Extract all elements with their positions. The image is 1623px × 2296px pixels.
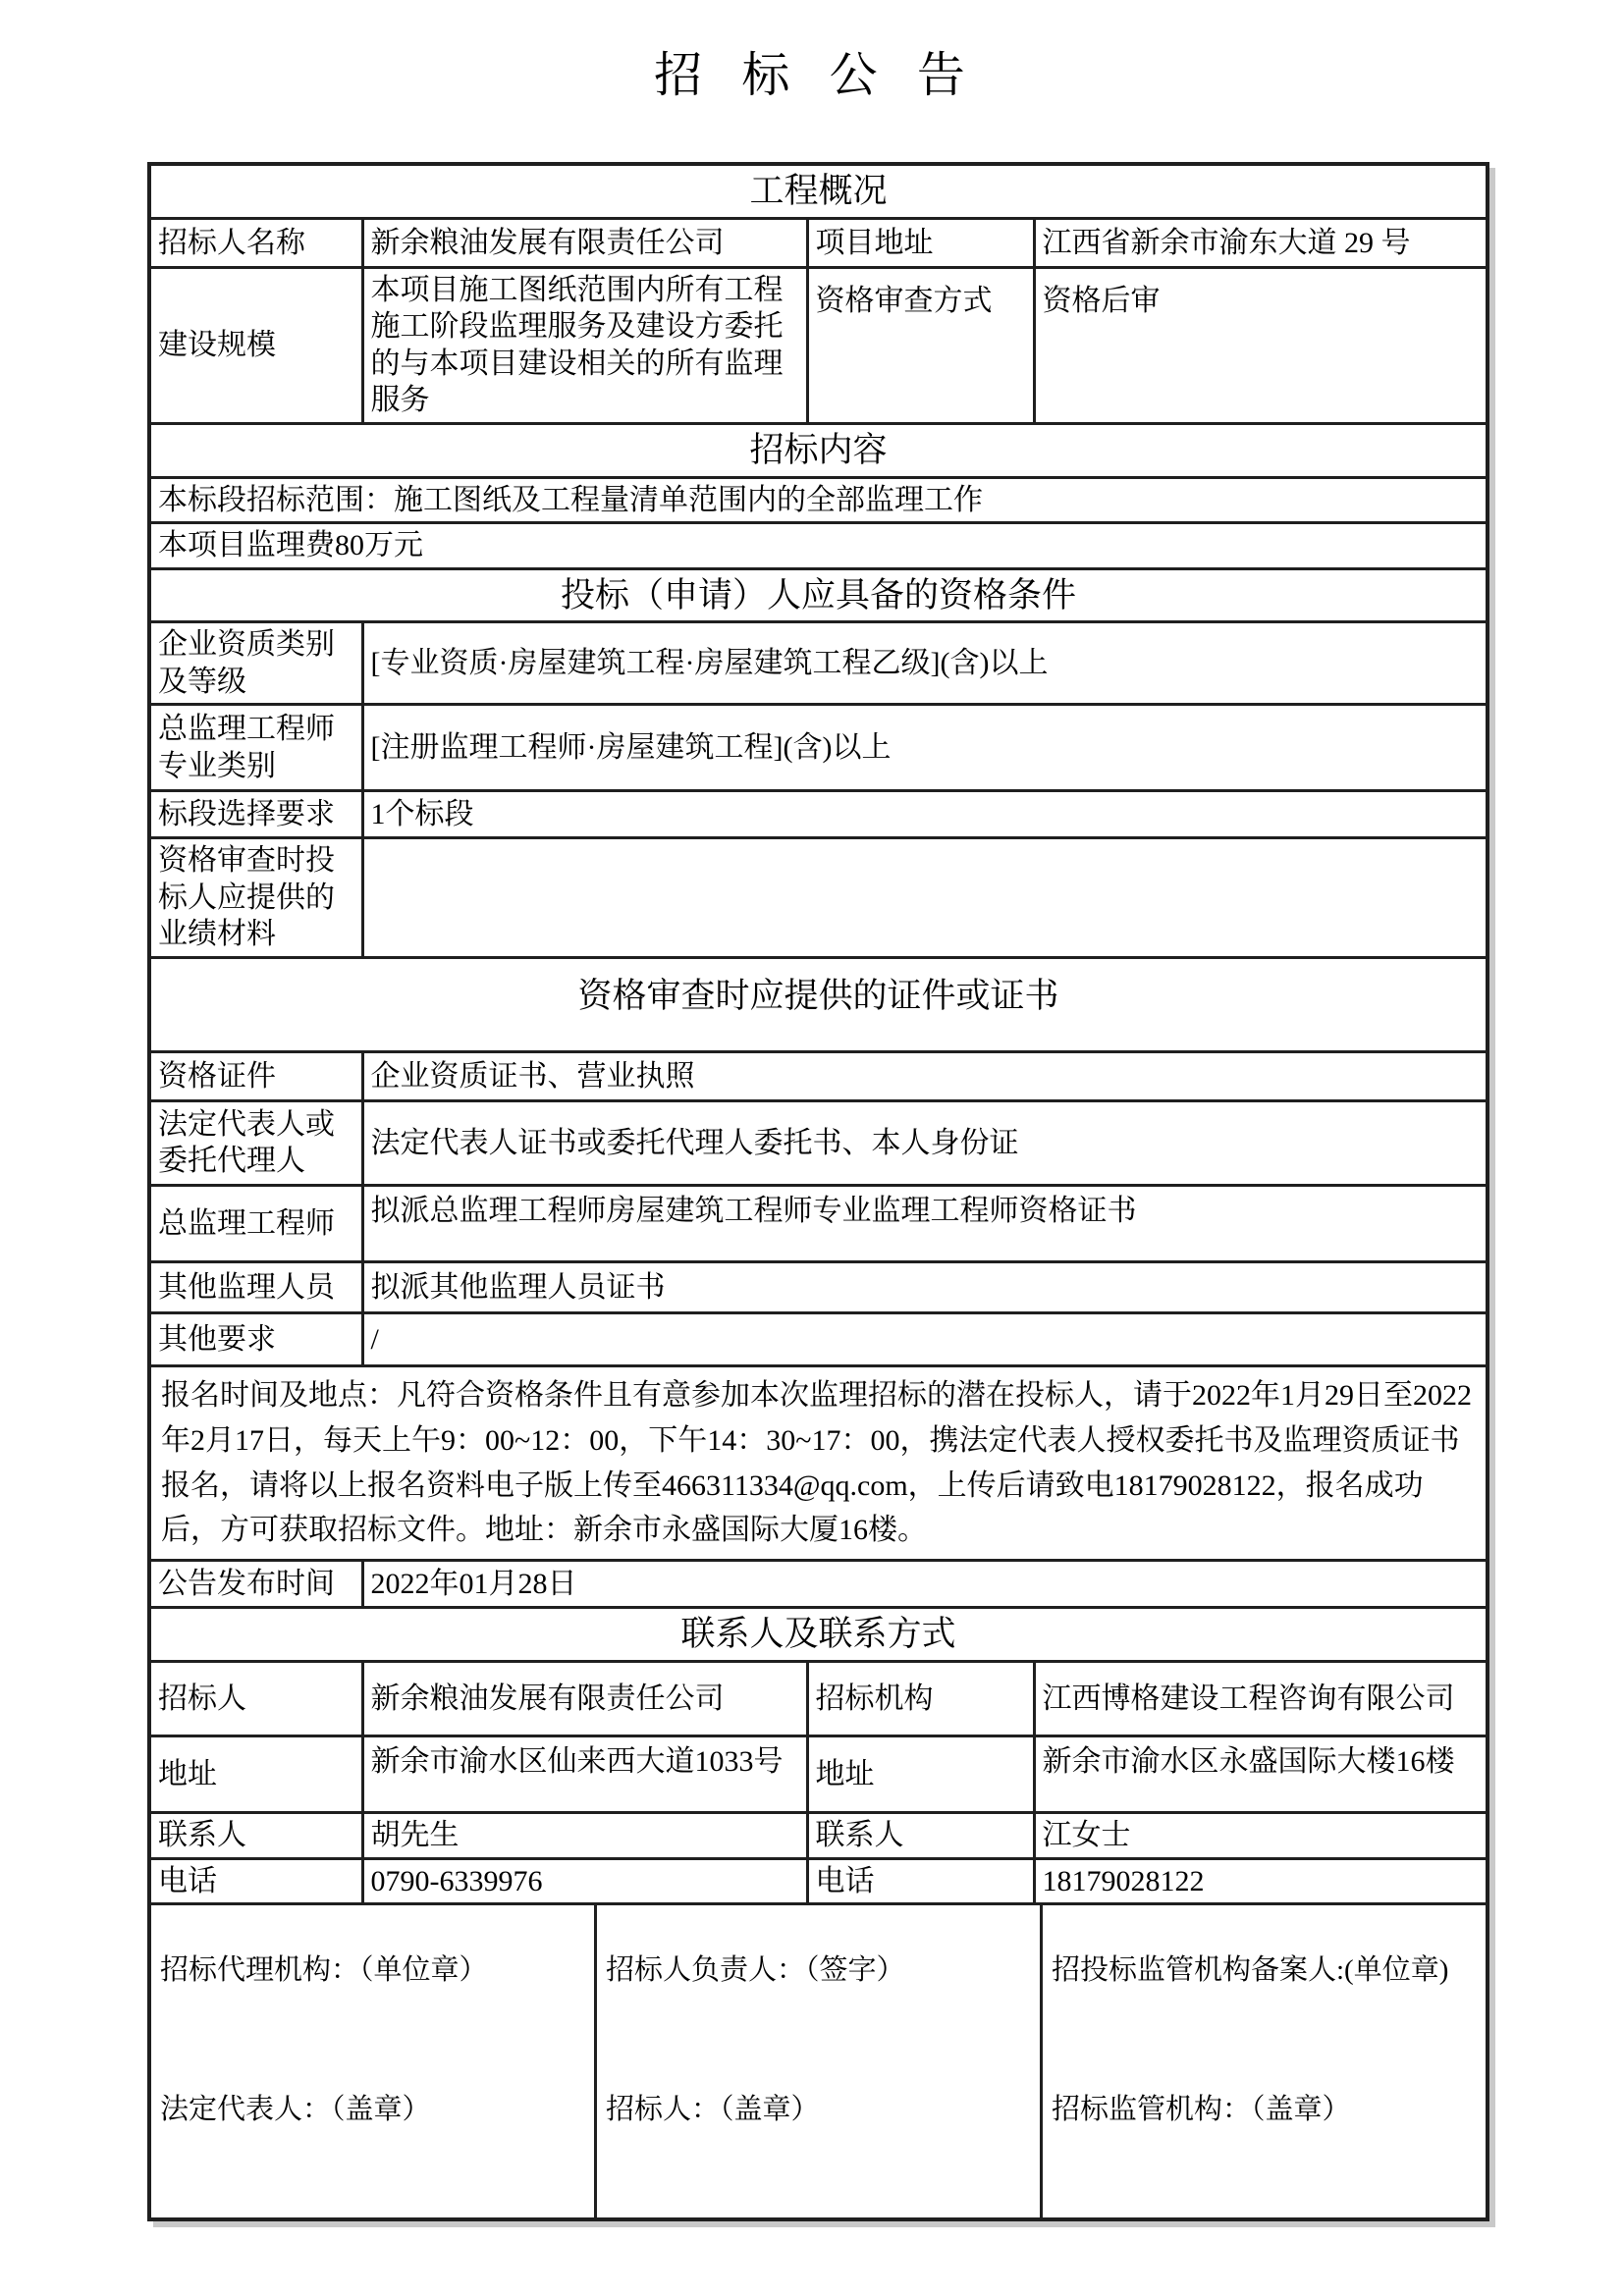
- table-row: 本项目监理费80万元: [149, 523, 1488, 569]
- performance-materials-value: [362, 838, 1488, 958]
- section-header-qualifications: 投标（申请）人应具备的资格条件: [149, 568, 1488, 622]
- publish-time-label: 公告发布时间: [149, 1561, 362, 1608]
- table-row: 招标人名称 新余粮油发展有限责任公司 项目地址 江西省新余市渝东大道 29 号: [149, 218, 1488, 267]
- bidder-head-sign-label: 招标人负责人：（签字）: [606, 1952, 1036, 1988]
- table-row: 联系人 胡先生 联系人 江女士: [149, 1813, 1488, 1859]
- signature-cell-bidder: 招标人负责人：（签字） 招标人：（盖章）: [594, 1905, 1040, 2217]
- qualification-certificate-label: 资格证件: [149, 1051, 362, 1100]
- other-requirements-value: /: [362, 1312, 1488, 1365]
- bidder-seal-label: 招标人：（盖章）: [606, 2092, 1036, 2127]
- project-address-label: 项目地址: [807, 218, 1034, 267]
- construction-scale-label: 建设规模: [149, 267, 362, 423]
- table-row: 法定代表人或委托代理人 法定代表人证书或委托代理人委托书、本人身份证: [149, 1100, 1488, 1185]
- chief-engineer-category-value: [注册监理工程师·房屋建筑工程](含)以上: [362, 705, 1488, 791]
- bidder-name-label: 招标人名称: [149, 218, 362, 267]
- legal-rep-seal-label: 法定代表人：（盖章）: [160, 2092, 590, 2127]
- chief-engineer-category-label: 总监理工程师专业类别: [149, 705, 362, 791]
- registration-notice-text: 报名时间及地点：凡符合资格条件且有意参加本次监理招标的潜在投标人，请于2022年…: [149, 1365, 1488, 1561]
- section-choice-value: 1个标段: [362, 791, 1488, 838]
- supervision-fee-text: 本项目监理费80万元: [149, 523, 1488, 569]
- section-header-certificates: 资格审查时应提供的证件或证书: [149, 957, 1488, 1051]
- chief-engineer-cert-label: 总监理工程师: [149, 1185, 362, 1261]
- table-row: 资格审查时应提供的证件或证书: [149, 957, 1488, 1051]
- table-row: 其他监理人员 拟派其他监理人员证书: [149, 1261, 1488, 1312]
- agency-phone-label: 电话: [807, 1858, 1034, 1904]
- table-row: 招标人 新余粮油发展有限责任公司 招标机构 江西博格建设工程咨询有限公司: [149, 1662, 1488, 1736]
- bidder-contact-person-label: 联系人: [149, 1813, 362, 1859]
- construction-scale-value: 本项目施工图纸范围内所有工程施工阶段监理服务及建设方委托的与本项目建设相关的所有…: [362, 267, 807, 423]
- chief-engineer-cert-value: 拟派总监理工程师房屋建筑工程师专业监理工程师资格证书: [362, 1185, 1488, 1261]
- table-row: 招标内容: [149, 423, 1488, 477]
- page-title: 招 标 公 告: [147, 37, 1486, 106]
- section-header-overview: 工程概况: [149, 164, 1488, 218]
- other-staff-value: 拟派其他监理人员证书: [362, 1261, 1488, 1312]
- bidder-address-value: 新余市渝水区仙来西大道1033号: [362, 1736, 807, 1813]
- project-address-value: 江西省新余市渝东大道 29 号: [1034, 218, 1488, 267]
- table-row: 建设规模 本项目施工图纸范围内所有工程施工阶段监理服务及建设方委托的与本项目建设…: [149, 267, 1488, 423]
- contact-agency-label: 招标机构: [807, 1662, 1034, 1736]
- enterprise-qualification-label: 企业资质类别及等级: [149, 622, 362, 705]
- signature-block: 招标代理机构：（单位章） 法定代表人：（盖章） 招标人负责人：（签字） 招标人：…: [149, 1904, 1488, 2220]
- table-row: 企业资质类别及等级 [专业资质·房屋建筑工程·房屋建筑工程乙级](含)以上: [149, 622, 1488, 705]
- table-row: 标段选择要求 1个标段: [149, 791, 1488, 838]
- contact-agency-value: 江西博格建设工程咨询有限公司: [1034, 1662, 1488, 1736]
- section-header-tender-content: 招标内容: [149, 423, 1488, 477]
- contact-bidder-value: 新余粮油发展有限责任公司: [362, 1662, 807, 1736]
- qualification-review-value: 资格后审: [1034, 267, 1488, 423]
- tender-scope-text: 本标段招标范围：施工图纸及工程量清单范围内的全部监理工作: [149, 477, 1488, 523]
- bidder-phone-value: 0790-6339976: [362, 1858, 807, 1904]
- other-staff-label: 其他监理人员: [149, 1261, 362, 1312]
- publish-time-value: 2022年01月28日: [362, 1561, 1488, 1608]
- table-row: 总监理工程师 拟派总监理工程师房屋建筑工程师专业监理工程师资格证书: [149, 1185, 1488, 1261]
- regulator-seal-label: 招标监管机构：（盖章）: [1052, 2092, 1482, 2127]
- tender-announcement-page: 招 标 公 告 工程概况 招标人名称 新余粮油发展有限责任公司 项目地址 江西省…: [0, 0, 1623, 2296]
- other-requirements-label: 其他要求: [149, 1312, 362, 1365]
- bidder-name-value: 新余粮油发展有限责任公司: [362, 218, 807, 267]
- table-row: 总监理工程师专业类别 [注册监理工程师·房屋建筑工程](含)以上: [149, 705, 1488, 791]
- performance-materials-label: 资格审查时投标人应提供的业绩材料: [149, 838, 362, 958]
- table-row: 资格证件 企业资质证书、营业执照: [149, 1051, 1488, 1100]
- table-row: 报名时间及地点：凡符合资格条件且有意参加本次监理招标的潜在投标人，请于2022年…: [149, 1365, 1488, 1561]
- regulator-record-label: 招投标监管机构备案人:(单位章): [1052, 1952, 1482, 1988]
- table-row: 联系人及联系方式: [149, 1608, 1488, 1662]
- legal-representative-value: 法定代表人证书或委托代理人委托书、本人身份证: [362, 1100, 1488, 1185]
- agency-address-value: 新余市渝水区永盛国际大楼16楼: [1034, 1736, 1488, 1813]
- agency-contact-person-value: 江女士: [1034, 1813, 1488, 1859]
- table-row: 其他要求 /: [149, 1312, 1488, 1365]
- bidder-phone-label: 电话: [149, 1858, 362, 1904]
- tender-table: 工程概况 招标人名称 新余粮油发展有限责任公司 项目地址 江西省新余市渝东大道 …: [147, 162, 1489, 2221]
- table-row: 招标代理机构：（单位章） 法定代表人：（盖章） 招标人负责人：（签字） 招标人：…: [149, 1904, 1488, 2220]
- legal-representative-label: 法定代表人或委托代理人: [149, 1100, 362, 1185]
- table-row: 地址 新余市渝水区仙来西大道1033号 地址 新余市渝水区永盛国际大楼16楼: [149, 1736, 1488, 1813]
- agency-address-label: 地址: [807, 1736, 1034, 1813]
- enterprise-qualification-value: [专业资质·房屋建筑工程·房屋建筑工程乙级](含)以上: [362, 622, 1488, 705]
- section-choice-label: 标段选择要求: [149, 791, 362, 838]
- signature-grid: 招标代理机构：（单位章） 法定代表人：（盖章） 招标人负责人：（签字） 招标人：…: [151, 1905, 1486, 2217]
- table-row: 本标段招标范围：施工图纸及工程量清单范围内的全部监理工作: [149, 477, 1488, 523]
- table-row: 公告发布时间 2022年01月28日: [149, 1561, 1488, 1608]
- signature-cell-agency: 招标代理机构：（单位章） 法定代表人：（盖章）: [151, 1905, 594, 2217]
- agency-seal-label: 招标代理机构：（单位章）: [160, 1952, 590, 1988]
- qualification-review-label: 资格审查方式: [807, 267, 1034, 423]
- agency-phone-value: 18179028122: [1034, 1858, 1488, 1904]
- qualification-certificate-value: 企业资质证书、营业执照: [362, 1051, 1488, 1100]
- table-row: 工程概况: [149, 164, 1488, 218]
- bidder-address-label: 地址: [149, 1736, 362, 1813]
- contact-bidder-label: 招标人: [149, 1662, 362, 1736]
- table-row: 电话 0790-6339976 电话 18179028122: [149, 1858, 1488, 1904]
- signature-cell-regulator: 招投标监管机构备案人:(单位章) 招标监管机构：（盖章）: [1040, 1905, 1486, 2217]
- table-row: 投标（申请）人应具备的资格条件: [149, 568, 1488, 622]
- bidder-contact-person-value: 胡先生: [362, 1813, 807, 1859]
- table-row: 资格审查时投标人应提供的业绩材料: [149, 838, 1488, 958]
- section-header-contacts: 联系人及联系方式: [149, 1608, 1488, 1662]
- agency-contact-person-label: 联系人: [807, 1813, 1034, 1859]
